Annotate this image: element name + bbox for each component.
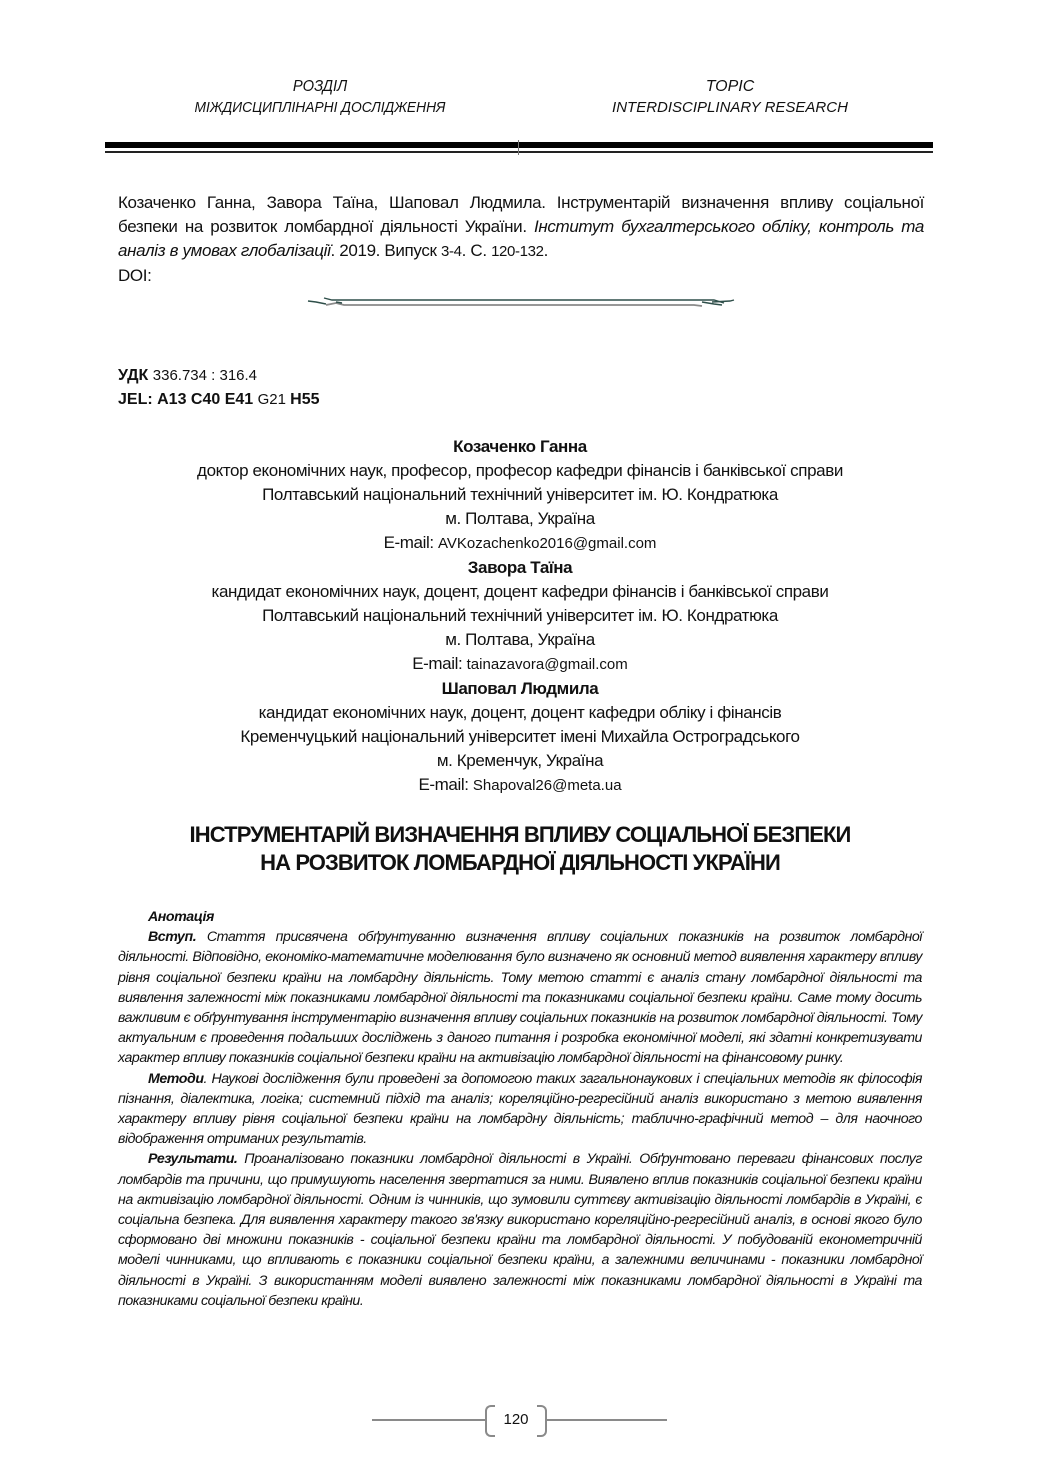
abstract: Анотація Вступ. Стаття присвячена обґрун… [118, 907, 922, 1311]
section-topic-en: INTERDISCIPLINARY RESEARCH [520, 97, 940, 118]
header-rule-divider [518, 140, 519, 155]
footer-rule-left [372, 1419, 485, 1421]
author-list: Козаченко Ганна доктор економічних наук,… [110, 435, 930, 798]
section-label: РОЗДІЛ [127, 76, 513, 97]
author-email-line: E-mail: AVKozachenko2016@gmail.com [110, 531, 930, 556]
jel-codes: A13 C40 E41 G21 H55 [157, 391, 319, 408]
title-line-1: ІНСТРУМЕНТАРІЙ ВИЗНАЧЕННЯ ВПЛИВУ СОЦІАЛЬ… [110, 821, 930, 849]
running-header-right: TOPIC INTERDISCIPLINARY RESEARCH [520, 76, 940, 118]
author-block: Козаченко Ганна доктор економічних наук,… [110, 435, 930, 556]
header-rule-thick [105, 142, 933, 148]
abstract-heading: Анотація [118, 907, 922, 927]
email-label: E-mail: [384, 533, 434, 552]
abstract-section-results: Результати. Проаналізовано показники лом… [118, 1149, 922, 1311]
citation-pages: 120-132 [491, 243, 544, 260]
citation-issue: 3-4 [441, 243, 462, 260]
citation-block: Козаченко Ганна, Завора Таїна, Шаповал Л… [118, 191, 924, 288]
jel-label: JEL: [118, 391, 153, 408]
author-email-link[interactable]: AVKozachenko2016@gmail.com [438, 535, 656, 552]
author-name: Шаповал Людмила [110, 677, 930, 701]
section-label: Результати. [148, 1151, 237, 1167]
jel-code: E41 [225, 391, 258, 408]
udk-label: УДК [118, 367, 148, 384]
abstract-section-intro: Вступ. Стаття присвячена обґрунтуванню в… [118, 927, 922, 1068]
author-block: Шаповал Людмила кандидат економічних нау… [110, 677, 930, 798]
classification-codes: УДК 336.734 : 316.4 JEL: A13 C40 E41 G21… [118, 364, 320, 412]
section-label: Вступ. [148, 929, 196, 945]
abstract-section-methods: Методи. Наукові дослідження були проведе… [118, 1069, 922, 1150]
running-header-left: РОЗДІЛ МІЖДИСЦИПЛІНАРНІ ДОСЛІДЖЕННЯ [127, 76, 513, 118]
section-topic: МІЖДИСЦИПЛІНАРНІ ДОСЛІДЖЕННЯ [127, 97, 513, 118]
right-brace-icon [537, 1405, 547, 1437]
udk-value: 336.734 : 316.4 [153, 367, 257, 384]
author-name: Козаченко Ганна [110, 435, 930, 459]
section-label-en: TOPIC [520, 76, 940, 97]
header-rule-thin [105, 151, 933, 153]
author-email-line: E-mail: Shapoval26@meta.ua [110, 773, 930, 798]
author-city: м. Полтава, Україна [110, 507, 930, 531]
footer-rule-right [547, 1419, 667, 1421]
section-label: Методи [148, 1071, 204, 1087]
section-text: . Наукові дослідження були проведені за … [118, 1071, 922, 1148]
citation-pages-prefix: . С. [462, 241, 487, 260]
author-name: Завора Таїна [110, 556, 930, 580]
jel-code: H55 [290, 391, 319, 408]
author-email-link[interactable]: Shapoval26@meta.ua [473, 777, 622, 794]
section-text: Стаття присвячена обґрунтуванню визначен… [118, 929, 922, 1066]
author-email-link[interactable]: tainazavora@gmail.com [467, 656, 628, 673]
author-city: м. Кременчук, Україна [110, 749, 930, 773]
article-title: ІНСТРУМЕНТАРІЙ ВИЗНАЧЕННЯ ВПЛИВУ СОЦІАЛЬ… [110, 821, 930, 877]
author-position: кандидат економічних наук, доцент, доцен… [110, 580, 930, 604]
udk-line: УДК 336.734 : 316.4 [118, 364, 320, 388]
doi-label: DOI: [118, 266, 152, 285]
title-line-2: НА РОЗВИТОК ЛОМБАРДНОЇ ДІЯЛЬНОСТІ УКРАЇН… [110, 849, 930, 877]
jel-code: A13 [157, 391, 191, 408]
jel-line: JEL: A13 C40 E41 G21 H55 [118, 388, 320, 412]
author-position: кандидат економічних наук, доцент, доцен… [110, 701, 930, 725]
author-institution: Кременчуцький національний університет і… [110, 725, 930, 749]
page-number-box: 120 [485, 1405, 547, 1435]
author-position: доктор економічних наук, професор, профе… [110, 459, 930, 483]
author-email-line: E-mail: tainazavora@gmail.com [110, 652, 930, 677]
citation-year-issue: . 2019. Випуск [331, 241, 437, 260]
jel-code: C40 [191, 391, 225, 408]
email-label: E-mail: [418, 775, 468, 794]
author-block: Завора Таїна кандидат економічних наук, … [110, 556, 930, 677]
author-institution: Полтавський національний технічний уніве… [110, 604, 930, 628]
author-city: м. Полтава, Україна [110, 628, 930, 652]
ornamental-divider-icon [302, 294, 736, 310]
author-institution: Полтавський національний технічний уніве… [110, 483, 930, 507]
section-text: Проаналізовано показники ломбардної діял… [118, 1151, 922, 1308]
jel-code: G21 [258, 391, 291, 408]
email-label: E-mail: [412, 654, 462, 673]
